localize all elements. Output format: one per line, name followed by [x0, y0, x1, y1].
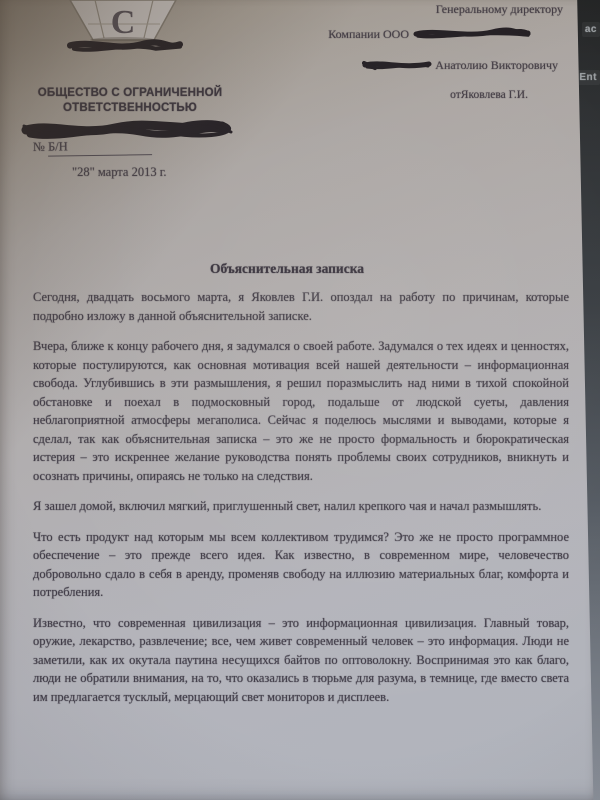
- doc-number: № Б/Н: [33, 138, 152, 157]
- doc-title: Объяснительная записка: [0, 261, 574, 277]
- org-type-line: ОБЩЕСТВО С ОГРАНИЧЕННОЙ: [26, 86, 234, 101]
- doc-body: Сегодня, двадцать восьмого марта, я Яков…: [33, 288, 569, 718]
- body-paragraph: Что есть продукт над которым мы всем кол…: [33, 528, 569, 602]
- org-type-block: ОБЩЕСТВО С ОГРАНИЧЕННОЙ ОТВЕТСТВЕННОСТЬЮ: [26, 86, 234, 116]
- doc-date: "28" марта 2013 г.: [72, 165, 167, 180]
- keyboard-key-fragment: Ent: [576, 70, 600, 85]
- body-paragraph: Известно, что современная цивилизация – …: [33, 614, 569, 707]
- logo-redaction-scribble: [66, 37, 184, 55]
- photo-of-document: ac Ent C ОБЩЕСТВО С ОГРАНИЧЕННОЙ ОТВЕТСТ…: [0, 0, 600, 800]
- name-redaction-scribble: [362, 59, 432, 71]
- body-paragraph: Сегодня, двадцать восьмого марта, я Яков…: [33, 288, 569, 325]
- addressee-from-line: отЯковлева Г.И.: [450, 89, 528, 101]
- addressee-to-line: Генеральному директору: [436, 2, 563, 17]
- body-paragraph: Вчера, ближе к концу рабочего дня, я зад…: [33, 337, 569, 485]
- addressee-name-line: Анатолию Викторовичу: [362, 58, 558, 73]
- document-content: C ОБЩЕСТВО С ОГРАНИЧЕННОЙ ОТВЕТСТВЕННОСТ…: [0, 0, 600, 800]
- document-paper: C ОБЩЕСТВО С ОГРАНИЧЕННОЙ ОТВЕТСТВЕННОСТ…: [0, 0, 600, 800]
- addressee-company-prefix: Компании ООО: [328, 27, 409, 41]
- keyboard-key-fragment: ac: [582, 22, 600, 37]
- addressee-company-line: Компании ООО: [328, 27, 532, 42]
- logo-letter: C: [111, 4, 136, 41]
- doc-number-value: Б/Н: [48, 138, 152, 156]
- org-type-line: ОТВЕТСТВЕННОСТЬЮ: [26, 101, 234, 116]
- company-redaction-scribble: [412, 27, 532, 40]
- body-paragraph: Я зашел домой, включил мягкий, приглушен…: [33, 497, 569, 516]
- addressee-name-suffix: Анатолию Викторовичу: [435, 58, 558, 72]
- doc-number-label: №: [33, 140, 45, 154]
